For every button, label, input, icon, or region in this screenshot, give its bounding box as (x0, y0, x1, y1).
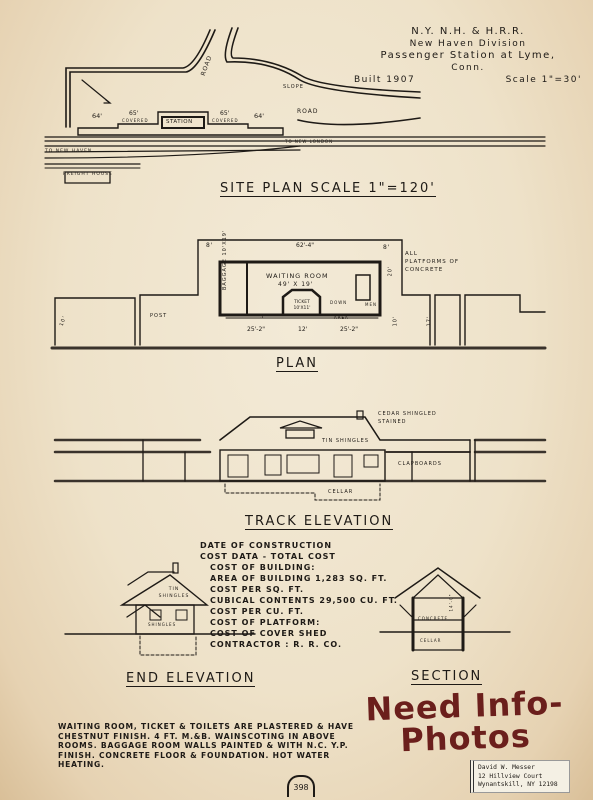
plan-dim-3: 3' (260, 314, 267, 320)
to-new-haven-label: To New Haven (45, 149, 92, 154)
plan-dim-right: 25'-2" (340, 326, 358, 333)
plan-dim-20: 20' (387, 266, 393, 277)
cost-line: Contractor : R. R. Co. (200, 639, 398, 650)
plan-caption: Plan (276, 357, 318, 372)
waiting-room-size: 49' x 19' (278, 281, 314, 288)
cost-line: Area of Building 1,283 Sq. Ft. (200, 573, 398, 584)
cost-line: Cost of Building: (200, 562, 398, 573)
concrete-label: Concrete (418, 616, 448, 621)
plan-dim-17: 17' (426, 316, 432, 327)
plan-dim-8-left: 8' (206, 242, 213, 249)
site-plan-caption: Site Plan Scale 1"=120' (220, 182, 436, 197)
cost-data-block: Date of Construction Cost Data - Total C… (200, 540, 398, 650)
cost-line: Cost of Cover Shed (200, 628, 398, 639)
cost-line: Date of Construction (200, 540, 398, 551)
end-shingles-label: Shingles (148, 622, 176, 627)
covered-left-label: Covered (122, 118, 149, 123)
cellar-label: Cellar (328, 489, 353, 495)
section-cellar-label: Cellar (420, 638, 441, 643)
area-label: Area (334, 315, 349, 320)
dim-64-right: 64' (254, 112, 264, 120)
cost-line: Cost per Sq. Ft. (200, 584, 398, 595)
dim-65-right: 65' (220, 110, 229, 117)
clapboards-label: Clapboards (398, 461, 442, 467)
section-caption: Section (411, 670, 482, 685)
construction-notes: Waiting Room, Ticket & Toilets are plast… (58, 722, 358, 770)
end-tin-shingles-label: Tin Shingles (157, 586, 191, 600)
ticket-office-label: Ticket 10'x11' (288, 300, 316, 312)
road-label-horizontal: Road (297, 108, 319, 115)
dim-64-left: 64' (92, 112, 102, 120)
all-platforms-note: All Platforms of Concrete (405, 250, 459, 274)
plan-dim-10: 10' (392, 316, 398, 327)
plan-dim-left: 25'-2" (247, 326, 265, 333)
dim-65-left: 65' (129, 110, 138, 117)
men-label: Men (365, 302, 377, 307)
tin-shingles-label: Tin Shingles (322, 438, 369, 444)
post-label: Post (150, 313, 167, 319)
covered-right-label: Covered (212, 118, 239, 123)
plan-dim-center: 12' (298, 326, 307, 333)
need-info-stamp: Need Info- Photos (349, 686, 581, 758)
end-elevation-caption: End Elevation (126, 672, 255, 687)
address-street: 12 Hillview Court (478, 773, 565, 782)
cost-line: Cost per Cu. Ft. (200, 606, 398, 617)
drawing-sheet: N.Y. N.H. & H.R.R. New Haven Division Pa… (0, 0, 593, 800)
slope-label: Slope (283, 84, 304, 90)
cost-line: Cubical Contents 29,500 Cu. Ft. (200, 595, 398, 606)
track-elevation-caption: Track Elevation (245, 515, 393, 530)
waiting-room-label: Waiting Room (266, 272, 329, 280)
plan-dim-8-right: 8' (383, 244, 390, 251)
cedar-shingles-label: Cedar Shingled Stained (378, 410, 448, 426)
page-number: 398 (287, 775, 315, 797)
down-label: Down (330, 300, 347, 305)
section-dim-14: 14'-0" (449, 593, 454, 611)
cost-line: Cost Data - Total Cost (200, 551, 398, 562)
address-name: David W. Messer (478, 764, 565, 773)
baggage-room-label: Baggage 10'x19' (222, 230, 228, 290)
to-new-london-label: To New London (285, 139, 333, 144)
cost-line: Cost of Platform: (200, 617, 398, 628)
address-city: Wynantskill, NY 12198 (478, 781, 565, 790)
address-label: David W. Messer 12 Hillview Court Wynant… (470, 760, 570, 793)
station-label: Station (166, 119, 193, 125)
freight-house-label: Freight House (63, 172, 113, 177)
line-drawing (0, 0, 593, 800)
plan-overall-width: 62'-4" (296, 242, 314, 249)
